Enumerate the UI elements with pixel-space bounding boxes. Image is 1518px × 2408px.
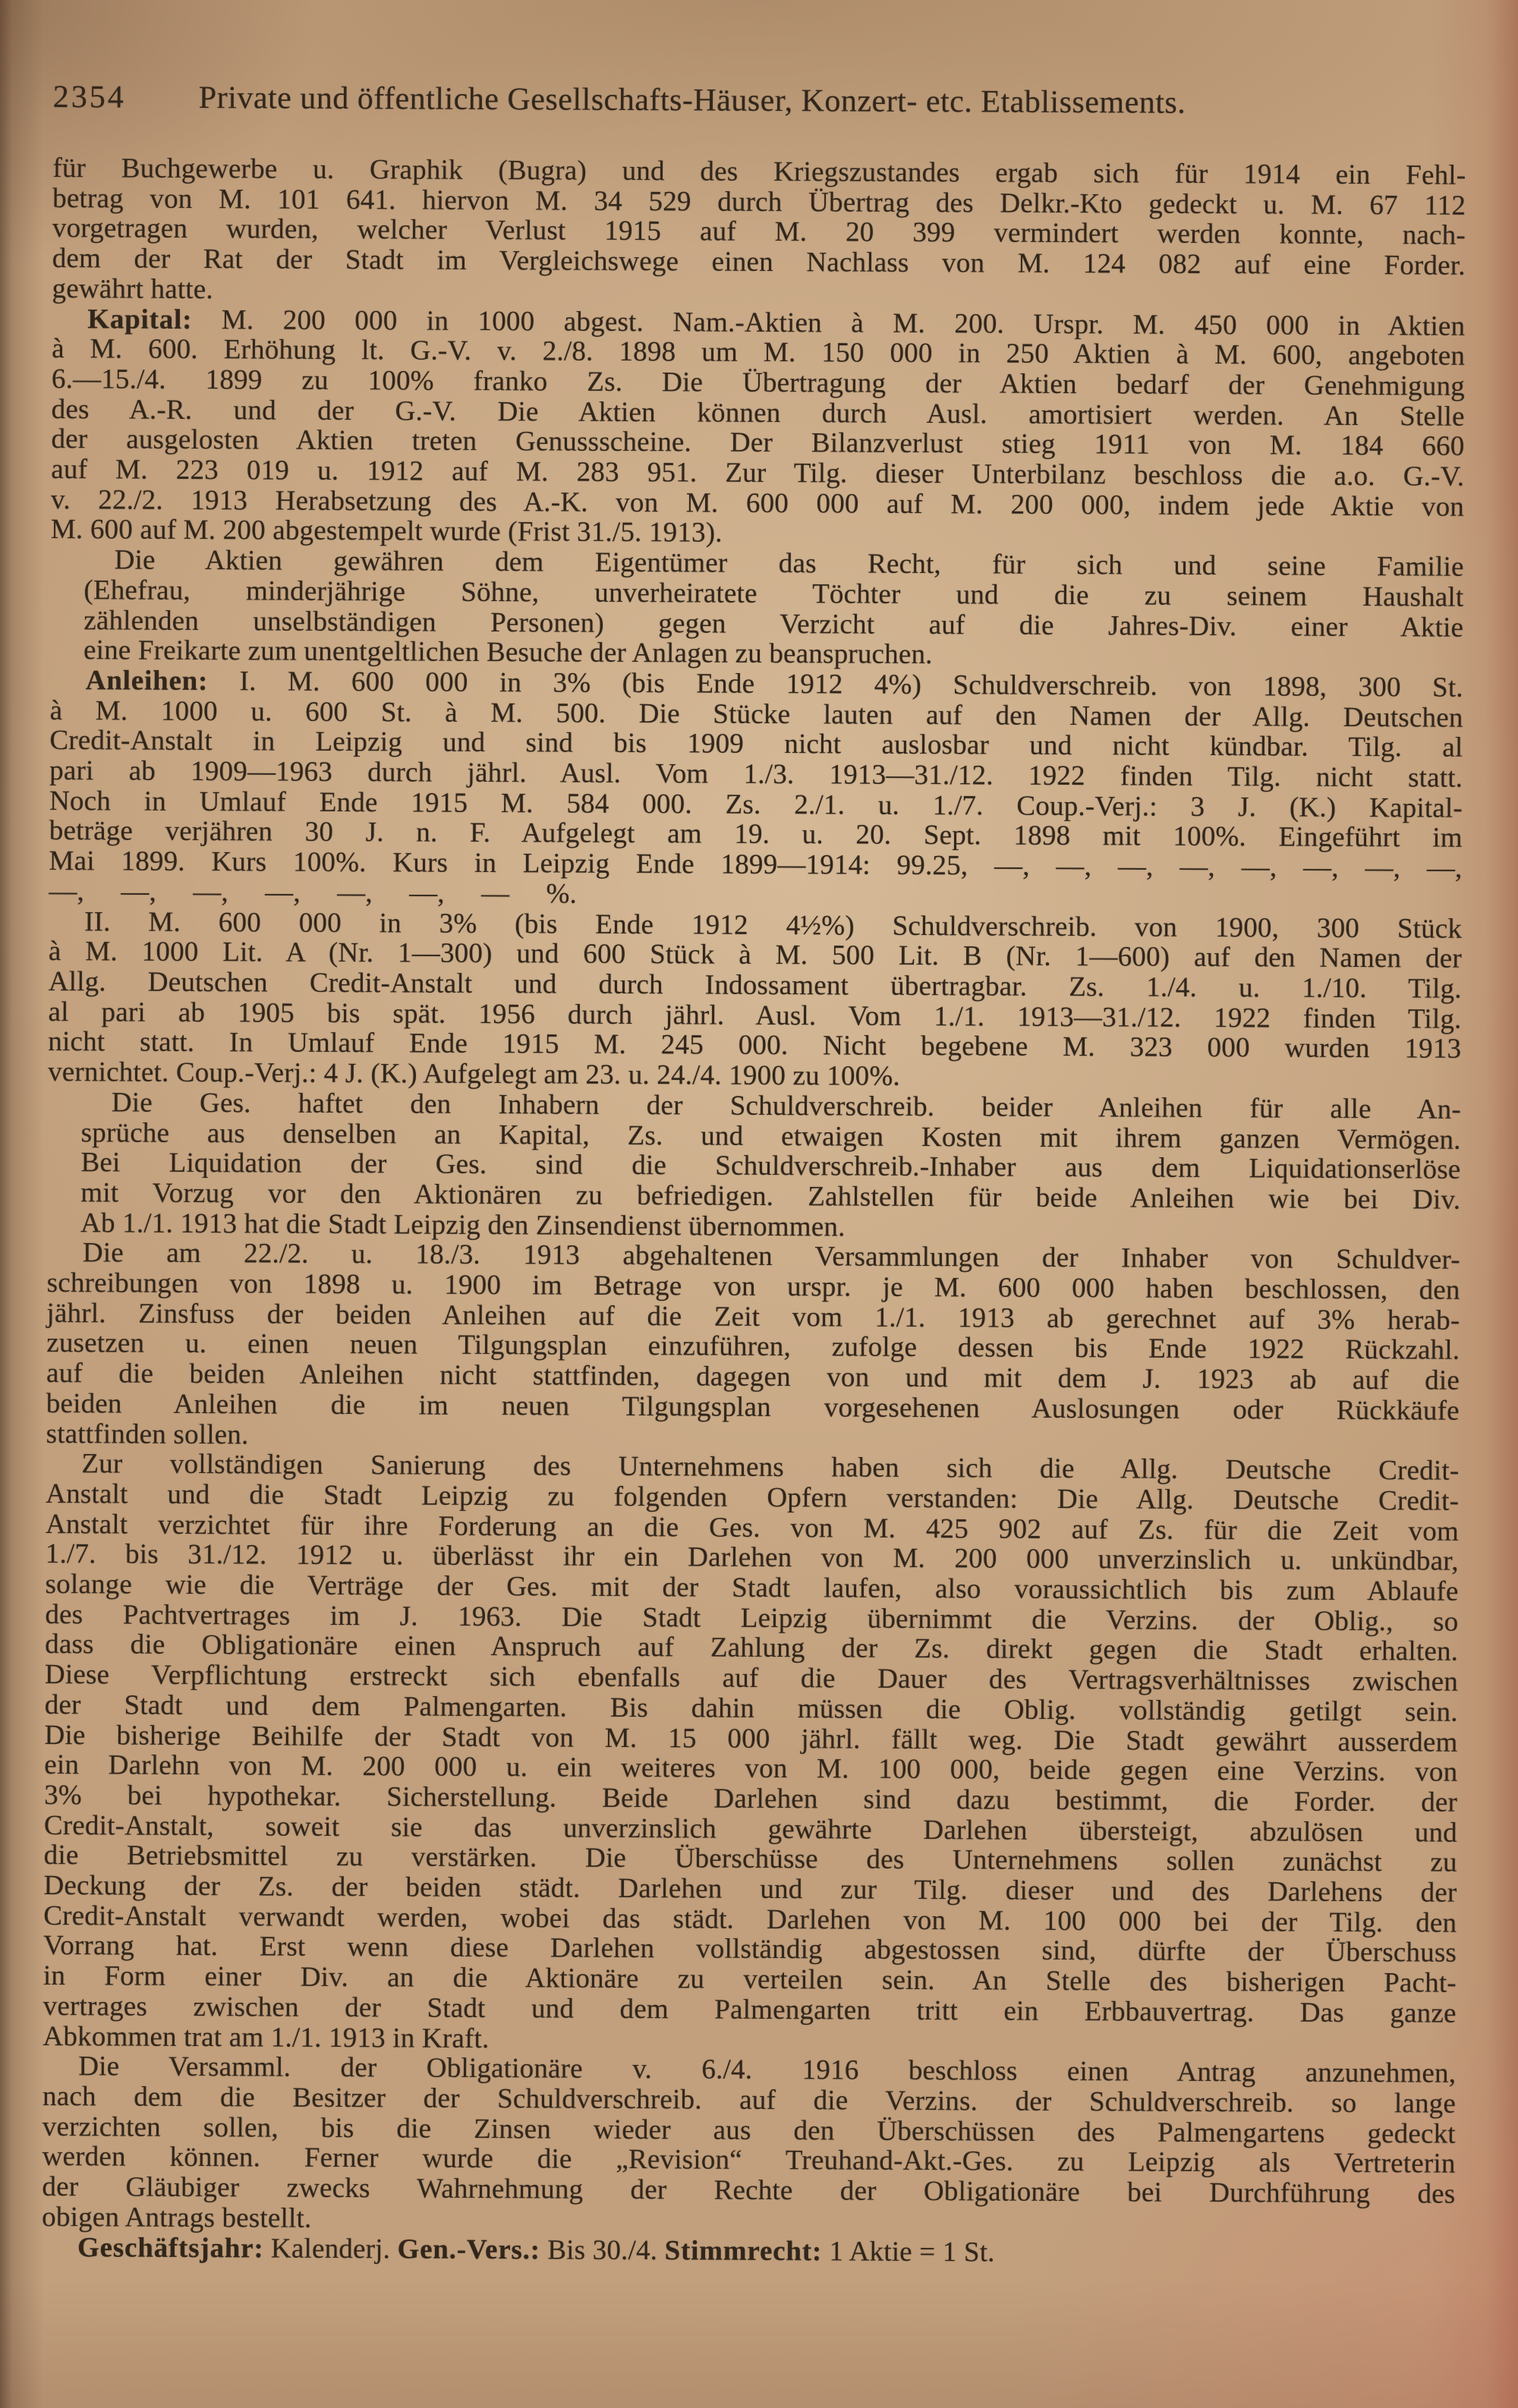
page-text-block: 2354 Private und öffentliche Gesellschaf…	[42, 79, 1466, 2270]
body-text: für Buchgewerbe u. Graphik (Bugra) und d…	[42, 153, 1466, 2270]
bold-lead: Stimmrecht:	[665, 2235, 823, 2267]
bold-lead: Gen.-Vers.:	[397, 2233, 540, 2265]
bold-lead: Geschäftsjahr:	[77, 2232, 264, 2264]
paragraph-verlust-vortrag: für Buchgewerbe u. Graphik (Bugra) und d…	[52, 153, 1466, 311]
paragraph-versammlungen-1913: Die am 22./2. u. 18./3. 1913 abgehaltene…	[46, 1238, 1460, 1456]
page-number: 2354	[53, 79, 126, 116]
text-segment: 1 Aktie = 1 St.	[822, 2236, 995, 2268]
text-segment: Kalenderj.	[263, 2233, 397, 2265]
page-title: Private und öffentliche Gesellschafts-Hä…	[199, 80, 1186, 121]
bold-lead: Kapital:	[87, 304, 192, 335]
bold-lead: Anleihen:	[86, 665, 209, 697]
paragraph-anleihe-1: Anleihen: I. M. 600 000 in 3% (bis Ende …	[49, 666, 1463, 914]
text-segment: Bis 30./4.	[540, 2234, 665, 2266]
paragraph-kapital: Kapital: M. 200 000 in 1000 abgest. Nam.…	[51, 304, 1466, 552]
paragraph-versammlung-1916: Die Versamml. der Obligationäre v. 6./4.…	[42, 2051, 1456, 2240]
page-header: 2354 Private und öffentliche Gesellschaf…	[53, 79, 1466, 123]
paragraph-sanierung: Zur vollständigen Sanierung des Unterneh…	[43, 1449, 1459, 2059]
paragraph-aktien-freikarte: Die Aktien gewähren dem Eigentümer das R…	[83, 545, 1464, 672]
paragraph-haftung: Die Ges. haftet den Inhabern der Schuldv…	[80, 1088, 1461, 1245]
paragraph-anleihe-2: II. M. 600 000 in 3% (bis Ende 1912 4½%)…	[48, 907, 1462, 1095]
